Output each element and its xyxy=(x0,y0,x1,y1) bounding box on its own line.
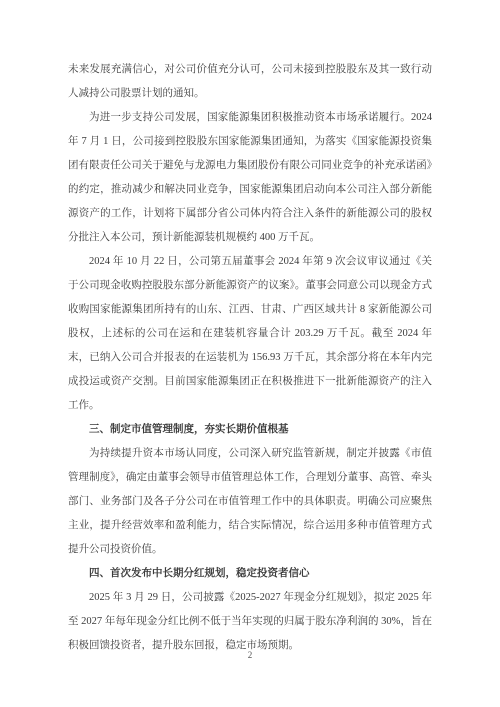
paragraph-asset-injection-notice: 为进一步支持公司发展，国家能源集团积极推动资本市场承诺履行。2024 年 7 月… xyxy=(68,106,432,250)
paragraph-continuation: 未来发展充满信心，对公司价值充分认可，公司未接到控股股东及其一致行动人减持公司股… xyxy=(68,58,432,106)
document-body: 未来发展充满信心，对公司价值充分认可，公司未接到控股股东及其一致行动人减持公司股… xyxy=(68,58,432,658)
page-number: 2 xyxy=(0,650,500,660)
section-heading-four: 四、首次发布中长期分红规划，稳定投资者信心 xyxy=(68,562,432,586)
document-page: 未来发展充满信心，对公司价值充分认可，公司未接到控股股东及其一致行动人减持公司股… xyxy=(0,0,500,707)
section-heading-three: 三、制定市值管理制度，夯实长期价值根基 xyxy=(68,418,432,442)
paragraph-market-value-management: 为持续提升资本市场认同度，公司深入研究监管新规，制定并披露《市值管理制度》，确定… xyxy=(68,442,432,562)
paragraph-board-resolution: 2024 年 10 月 22 日，公司第五届董事会 2024 年第 9 次会议审… xyxy=(68,250,432,418)
paragraph-dividend-plan: 2025 年 3 月 29 日，公司披露《2025-2027 年现金分红规划》，… xyxy=(68,586,432,658)
